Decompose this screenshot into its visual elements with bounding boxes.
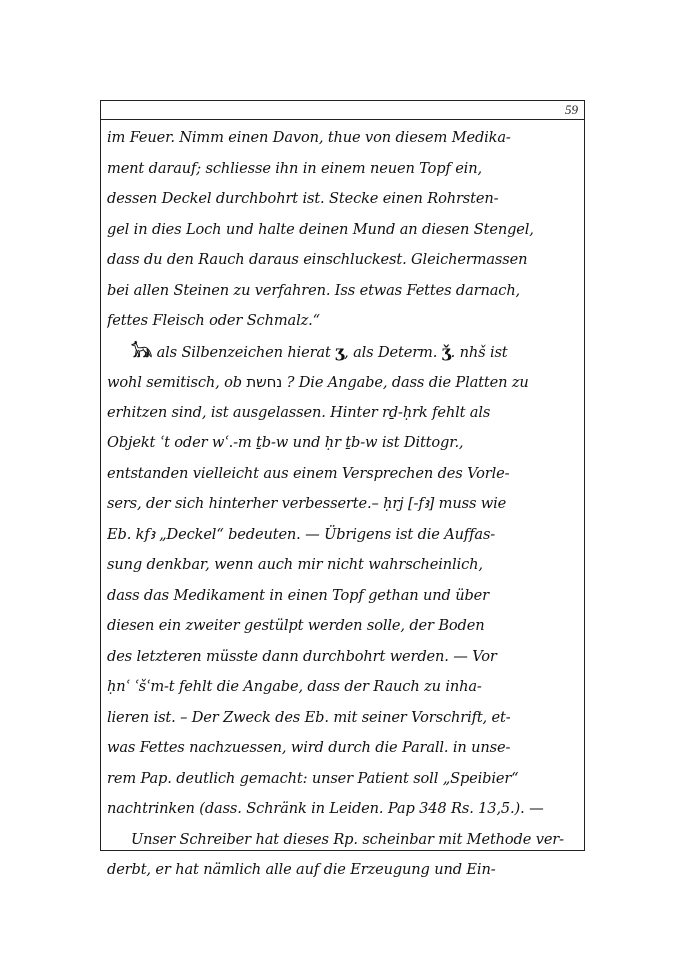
text-line: sers, der sich hinterher verbesserte.– ḥ… xyxy=(107,489,578,520)
text-line: lieren ist. – Der Zweck des Eb. mit sein… xyxy=(107,703,578,734)
text-line: erhitzen sind, ist ausgelassen. Hinter r… xyxy=(107,398,578,429)
text-line: bei allen Steinen zu verfahren. Iss etwa… xyxy=(107,276,578,307)
jackal-hieroglyph-icon: 𓃥 xyxy=(131,337,152,368)
text-line: ment darauf; schliesse ihn in einem neue… xyxy=(107,154,578,185)
hieratic-sign-1-icon: ʒ xyxy=(335,337,344,368)
text-segment: wohl semitisch, ob xyxy=(107,374,246,391)
text-line: entstanden vielleicht aus einem Versprec… xyxy=(107,459,578,490)
hieratic-sign-2-icon: ǯ xyxy=(442,337,451,368)
text-line: sung denkbar, wenn auch mir nicht wahrsc… xyxy=(107,550,578,581)
handwritten-body: im Feuer. Nimm einen Davon, thue von die… xyxy=(107,123,578,886)
text-line: fettes Fleisch oder Schmalz.“ xyxy=(107,306,578,337)
text-line: gel in dies Loch und halte deinen Mund a… xyxy=(107,215,578,246)
page-header: 59 xyxy=(101,101,584,120)
text-line: dessen Deckel durchbohrt ist. Stecke ein… xyxy=(107,184,578,215)
text-line: des letzteren müsste dann durchbohrt wer… xyxy=(107,642,578,673)
text-line: wohl semitisch, ob נחשת ? Die Angabe, da… xyxy=(107,367,578,398)
text-line: im Feuer. Nimm einen Davon, thue von die… xyxy=(107,123,578,154)
page-frame: 59 im Feuer. Nimm einen Davon, thue von … xyxy=(100,100,585,851)
text-line: dass du den Rauch daraus einschluckest. … xyxy=(107,245,578,276)
text-line: nachtrinken (dass. Schränk in Leiden. Pa… xyxy=(107,794,578,825)
page-number: 59 xyxy=(565,102,578,118)
text-segment: , als Determ. xyxy=(344,344,442,361)
text-line: dass das Medikament in einen Topf gethan… xyxy=(107,581,578,612)
text-line: derbt, er hat nämlich alle auf die Erzeu… xyxy=(107,855,578,886)
hebrew-word: נחשת xyxy=(246,373,282,391)
text-line: Unser Schreiber hat dieses Rp. scheinbar… xyxy=(107,825,578,856)
text-line: 𓃥 als Silbenzeichen hierat ʒ, als Determ… xyxy=(107,337,578,368)
text-line: Objekt ʿt oder wʿ.-m ṯb-w und ḥr ṯb-w is… xyxy=(107,428,578,459)
text-line: diesen ein zweiter gestülpt werden solle… xyxy=(107,611,578,642)
text-line: rem Pap. deutlich gemacht: unser Patient… xyxy=(107,764,578,795)
text-line: ḥnʿ ʿšʿm-t fehlt die Angabe, dass der Ra… xyxy=(107,672,578,703)
text-line: was Fettes nachzuessen, wird durch die P… xyxy=(107,733,578,764)
text-line: Eb. kfꜣ „Deckel“ bedeuten. — Übrigens is… xyxy=(107,520,578,551)
text-segment: ? Die Angabe, dass die Platten zu xyxy=(282,374,529,391)
text-segment: als Silbenzeichen hierat xyxy=(152,344,335,361)
text-segment: . nhš ist xyxy=(451,344,508,361)
